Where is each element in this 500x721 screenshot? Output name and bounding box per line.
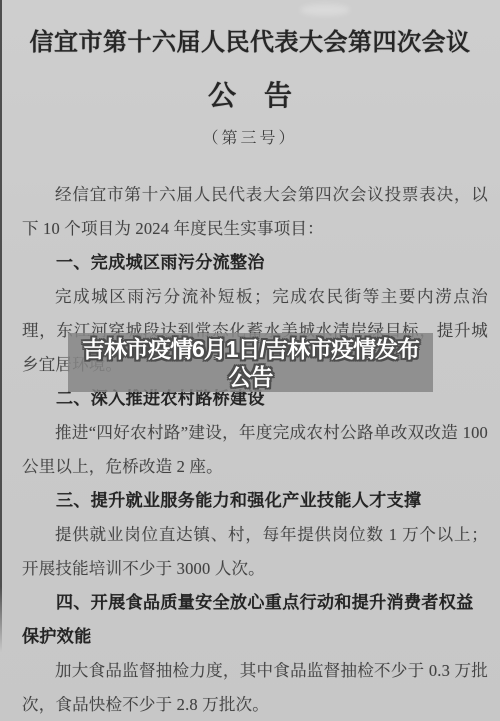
doc-subtitle-announcement: 公 告 <box>0 81 500 113</box>
section-heading-1: 一、完成城区雨污分流整治 <box>22 246 488 280</box>
section-body-2: 推进“四好农村路”建设，年度完成农村公路单改双改造 100 公里以上，危桥改造 … <box>22 416 488 484</box>
scan-smudge <box>300 4 350 16</box>
doc-number: （第三号） <box>0 128 500 150</box>
section-body-4: 加大食品监督抽检力度，其中食品监督抽检不少于 0.3 万批次，食品快检不少于 2… <box>22 654 488 721</box>
watermark-overlay: 吉林市疫情6月1日/吉林市疫情发布 公告 <box>68 333 433 392</box>
watermark-text-line1: 吉林市疫情6月1日/吉林市疫情发布 <box>82 335 419 363</box>
section-heading-3: 三、提升就业服务能力和强化产业技能人才支撑 <box>22 484 488 518</box>
paragraph-intro: 经信宜市第十六届人民代表大会第四次会议投票表决，以下 10 个项目为 2024 … <box>22 178 488 246</box>
document-page: 信宜市第十六届人民代表大会第四次会议 公 告 （第三号） 经信宜市第十六届人民代… <box>0 0 500 721</box>
scan-edge-artifact <box>0 0 2 652</box>
watermark-text-line2: 公告 <box>229 363 273 391</box>
doc-title: 信宜市第十六届人民代表大会第四次会议 <box>0 27 500 59</box>
section-body-3: 提供就业岗位直达镇、村，每年提供岗位数 1 万个以上；开展技能培训不少于 300… <box>22 518 488 586</box>
doc-body: 经信宜市第十六届人民代表大会第四次会议投票表决，以下 10 个项目为 2024 … <box>0 178 500 721</box>
section-heading-4: 四、开展食品质量安全放心重点行动和提升消费者权益保护效能 <box>22 586 488 654</box>
